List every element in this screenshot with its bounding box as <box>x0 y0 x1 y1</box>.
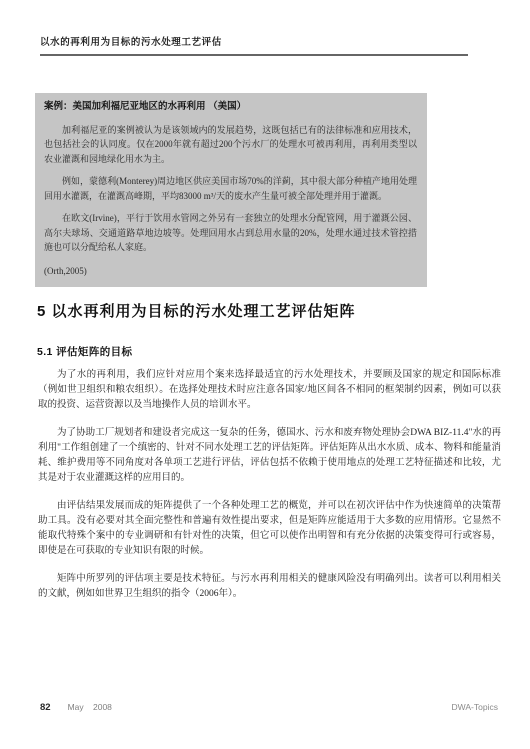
page-number: 82 <box>40 702 51 713</box>
case-box-citation: (Orth,2005) <box>44 264 417 279</box>
case-box-paragraph: 例如，蒙德利(Monterey)周边地区供应美国市场70%的洋蓟，其中很大部分种… <box>44 174 417 203</box>
body-paragraph: 为了协助工厂规划者和建设者完成这一复杂的任务，德国水、污水和废弃物处理协会DWA… <box>38 426 501 486</box>
case-box-paragraph: 加利福尼亚的案例被认为是该领域内的发展趋势，这既包括已有的法律标准和应用技术，也… <box>44 123 417 167</box>
subsection-heading: 5.1 评估矩阵的目标 <box>37 344 132 359</box>
body-paragraph: 由评估结果发展而成的矩阵提供了一个各种处理工艺的概览，并可以在初次评估中作为快速… <box>38 499 501 559</box>
page-footer: 82 May 2008 DWA-Topics <box>40 702 498 713</box>
body-text-block: 为了水的再利用，我们应针对应用个案来选择最适宜的污水处理技术，并要顾及国家的规定… <box>38 368 501 615</box>
case-box-paragraph: 在欧文(Irvine)，平行于饮用水管网之外另有一套独立的处理水分配管网，用于灌… <box>44 211 417 255</box>
case-study-box: 案例：美国加利福尼亚地区的水再利用 （美国） 加利福尼亚的案例被认为是该领域内的… <box>35 93 427 287</box>
running-header: 以水的再利用为目标的污水处理工艺评估 <box>40 34 468 56</box>
section-heading: 5 以水再利用为目标的污水处理工艺评估矩阵 <box>37 300 356 321</box>
body-paragraph: 矩阵中所罗列的评估项主要是技术特征。与污水再利用相关的健康风险没有明确列出。读者… <box>38 572 501 602</box>
footer-date: May 2008 <box>68 702 112 712</box>
body-paragraph: 为了水的再利用，我们应针对应用个案来选择最适宜的污水处理技术，并要顾及国家的规定… <box>38 368 501 413</box>
document-page: 以水的再利用为目标的污水处理工艺评估 案例：美国加利福尼亚地区的水再利用 （美国… <box>0 0 530 749</box>
case-box-title: 案例：美国加利福尼亚地区的水再利用 （美国） <box>44 100 417 115</box>
footer-brand: DWA-Topics <box>452 702 498 712</box>
